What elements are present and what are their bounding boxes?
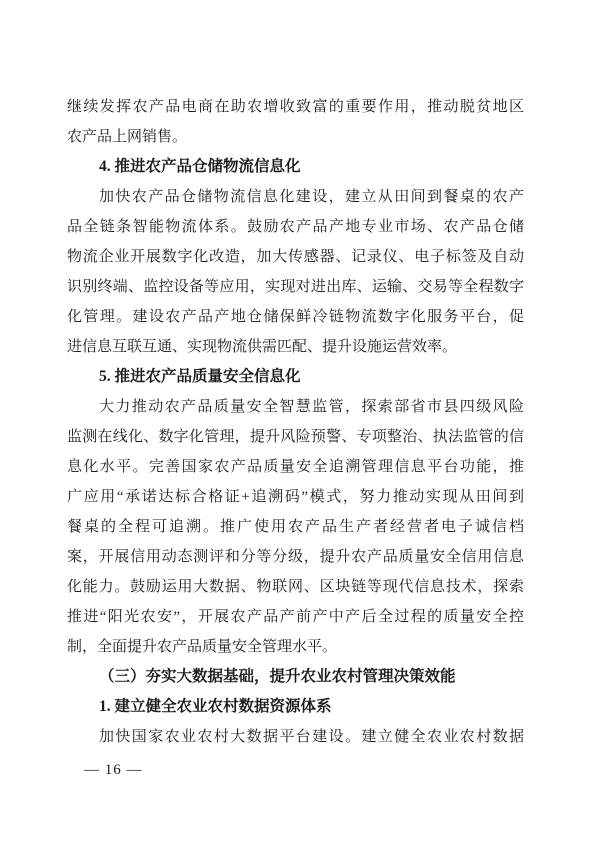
body-line: 加快农产品仓储物流信息化建设，建立从田间到餐桌的农产 <box>67 182 524 212</box>
body-line: 农产品上网销售。 <box>67 122 524 152</box>
body-line: 品全链条智能物流体系。鼓励农产品产地专业市场、农产品仓储 <box>67 212 524 242</box>
body-line: 进信息互联互通、实现物流供需匹配、提升设施运营效率。 <box>67 332 524 362</box>
document-page: 继续发挥农产品电商在助农增收致富的重要作用，推动脱贫地区农产品上网销售。4. 推… <box>0 0 600 848</box>
body-line: 案，开展信用动态测评和分等分级，提升农产品质量安全信用信息 <box>67 542 524 572</box>
body-line: 推进“阳光农安”，开展农产品产前产中产后全过程的质量安全控 <box>67 602 524 632</box>
body-line: 化管理。建设农产品产地仓储保鲜冷链物流数字化服务平台，促 <box>67 302 524 332</box>
text-block: 继续发挥农产品电商在助农增收致富的重要作用，推动脱贫地区农产品上网销售。4. 推… <box>67 92 524 752</box>
body-line: 物流企业开展数字化改造，加大传感器、记录仪、电子标签及自动 <box>67 242 524 272</box>
body-line: 广应用“承诺达标合格证+追溯码”模式，努力推动实现从田间到 <box>67 482 524 512</box>
body-line: 监测在线化、数字化管理，提升风险预警、专项整治、执法监管的信 <box>67 422 524 452</box>
heading-line: 4. 推进农产品仓储物流信息化 <box>67 152 524 182</box>
heading-line: 5. 推进农产品质量安全信息化 <box>67 362 524 392</box>
page-number: — 16 — <box>84 760 143 780</box>
body-line: 大力推动农产品质量安全智慧监管，探索部省市县四级风险 <box>67 392 524 422</box>
heading-line: （三）夯实大数据基础，提升农业农村管理决策效能 <box>67 662 524 692</box>
body-line: 加快国家农业农村大数据平台建设。建立健全农业农村数据 <box>67 722 524 752</box>
body-line: 息化水平。完善国家农产品质量安全追溯管理信息平台功能，推 <box>67 452 524 482</box>
heading-line: 1. 建立健全农业农村数据资源体系 <box>67 692 524 722</box>
body-line: 化能力。鼓励运用大数据、物联网、区块链等现代信息技术，探索 <box>67 572 524 602</box>
body-line: 餐桌的全程可追溯。推广使用农产品生产者经营者电子诚信档 <box>67 512 524 542</box>
body-line: 识别终端、监控设备等应用，实现对进出库、运输、交易等全程数字 <box>67 272 524 302</box>
body-line: 制，全面提升农产品质量安全管理水平。 <box>67 632 524 662</box>
body-line: 继续发挥农产品电商在助农增收致富的重要作用，推动脱贫地区 <box>67 92 524 122</box>
